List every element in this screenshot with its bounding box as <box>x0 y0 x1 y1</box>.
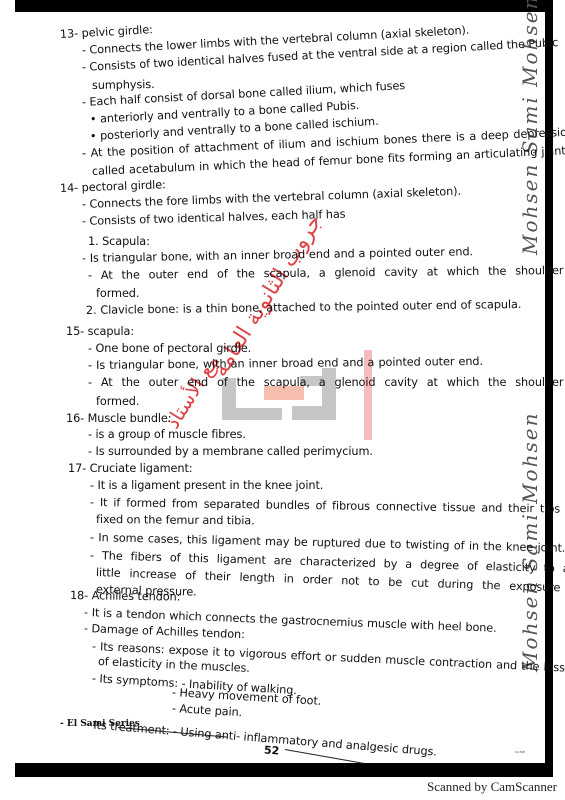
text-line: - At the outer end of the scapula, a gle… <box>88 376 565 389</box>
text-line: 18- Achilles tendon: <box>70 589 181 604</box>
text-line: 15- scapula: <box>66 325 134 338</box>
text-line: 16- Muscle bundle: <box>66 412 171 425</box>
text-line: sumphysis. <box>92 78 155 92</box>
scan-border-top <box>15 0 552 12</box>
corner-mark: ˢᶜᵃˡᵉ <box>515 750 525 757</box>
text-line: formed. <box>96 395 139 408</box>
text-line: fixed on the femur and tibia. <box>96 513 255 527</box>
text-line: 17- Cruciate ligament: <box>68 462 193 475</box>
text-line: - is a group of muscle fibres. <box>88 428 246 441</box>
text-line: - One bone of pectoral girdle. <box>88 342 251 355</box>
scan-border-bottom <box>15 763 553 777</box>
text-line: - Is surrounded by a membrane called per… <box>88 445 373 458</box>
text-line: - It is a ligament present in the knee j… <box>90 479 323 492</box>
text-line: formed. <box>96 287 139 300</box>
scanned-by-label: Scanned by CamScanner <box>427 779 557 795</box>
text-line: 1. Scapula: <box>88 235 150 248</box>
